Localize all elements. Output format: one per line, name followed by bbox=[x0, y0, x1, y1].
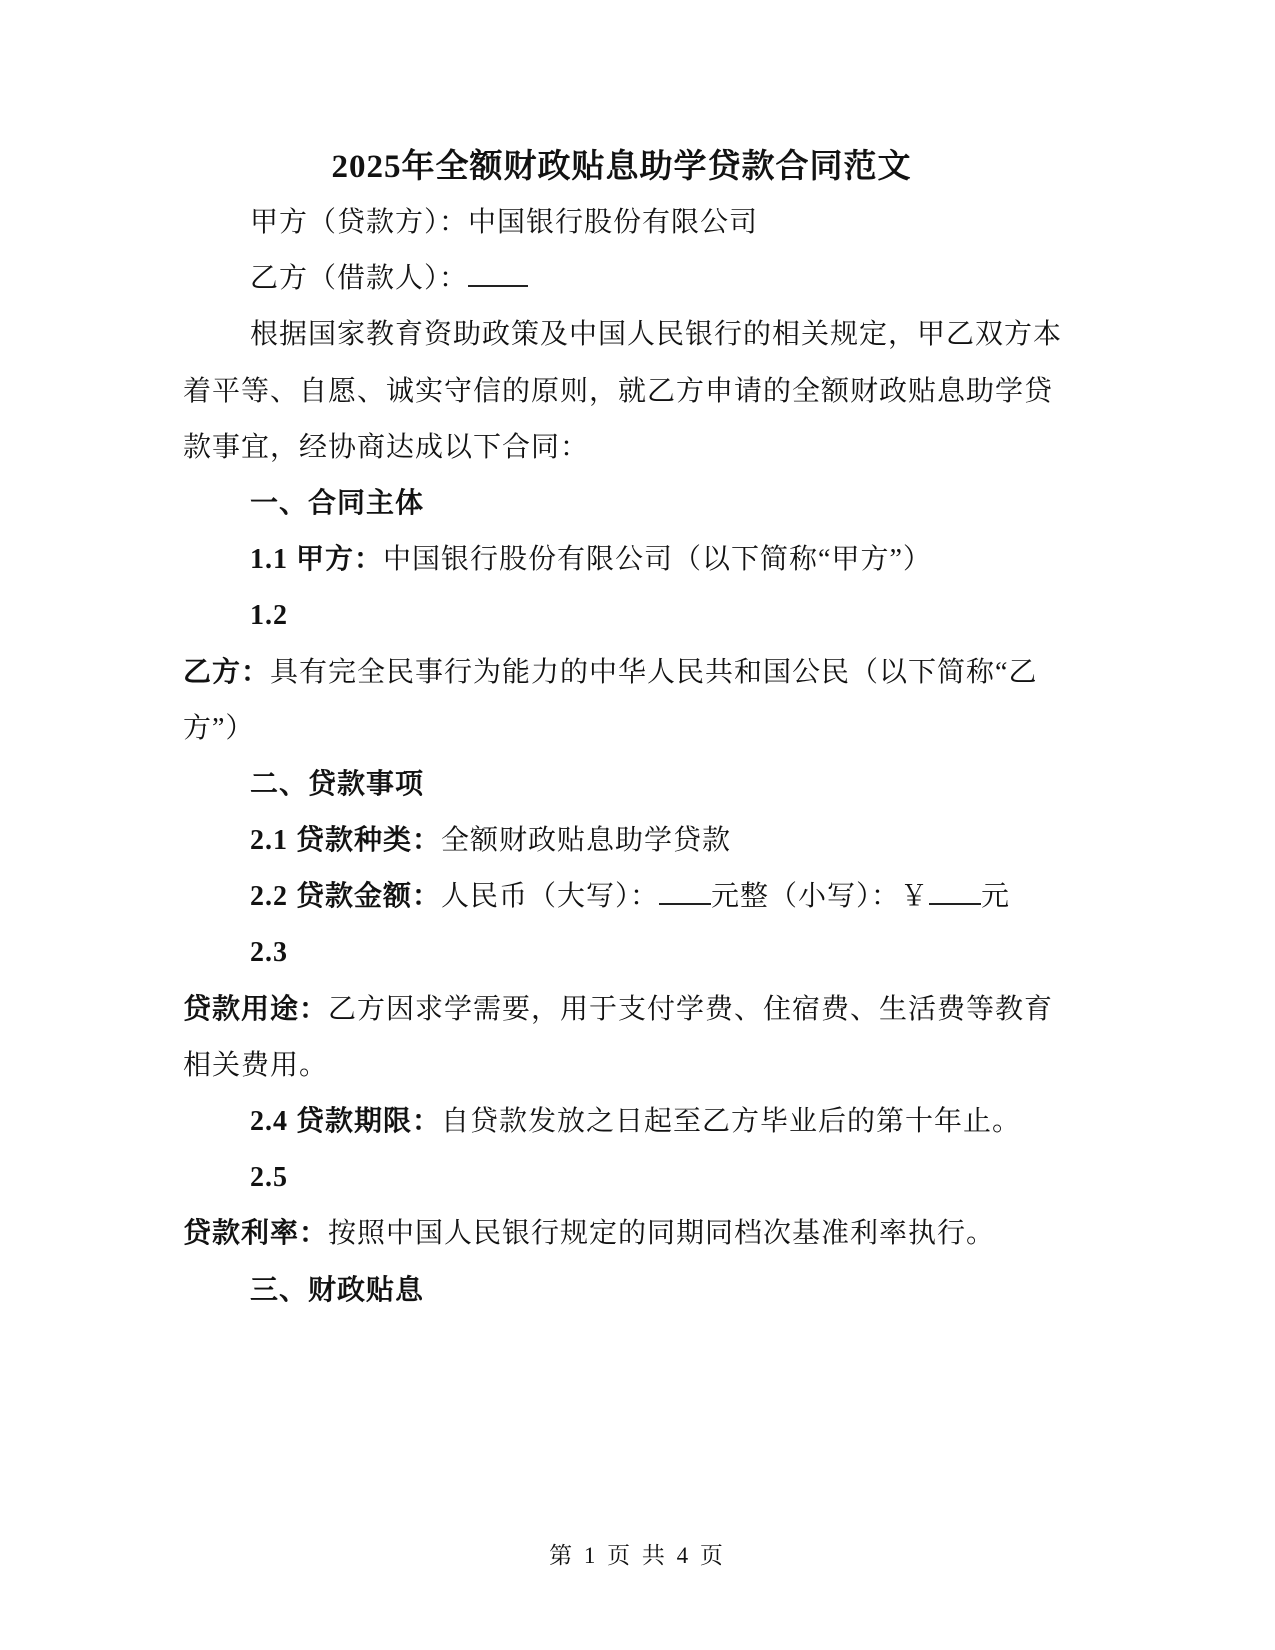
doc-line: 根据国家教育资助政策及中国人民银行的相关规定，甲乙双方本 bbox=[183, 307, 1060, 363]
doc-text: 按照中国人民银行规定的同期同档次基准利率执行。 bbox=[328, 1218, 995, 1249]
doc-text: 元 bbox=[981, 881, 1010, 912]
doc-text: 自贷款发放之日起至乙方毕业后的第十年止。 bbox=[441, 1106, 1021, 1137]
doc-text-bold: 贷款利率： bbox=[183, 1218, 328, 1249]
doc-text: 中国银行股份有限公司（以下简称“甲方”） bbox=[383, 544, 932, 575]
doc-line: 款事宜，经协商达成以下合同： bbox=[183, 420, 1060, 476]
fill-in-blank bbox=[929, 899, 981, 905]
doc-text: 全额财政贴息助学贷款 bbox=[441, 825, 731, 856]
doc-text-bold: 贷款用途： bbox=[183, 994, 328, 1025]
doc-text-bold: 乙方： bbox=[183, 657, 270, 688]
doc-text: 相关费用。 bbox=[183, 1050, 328, 1081]
doc-line: 贷款利率：按照中国人民银行规定的同期同档次基准利率执行。 bbox=[183, 1206, 1060, 1262]
doc-text-bold: 二、贷款事项 bbox=[250, 769, 424, 800]
doc-line: 三、财政贴息 bbox=[183, 1263, 1060, 1319]
doc-text: 根据国家教育资助政策及中国人民银行的相关规定，甲乙双方本 bbox=[250, 319, 1062, 350]
doc-text-bold: 三、财政贴息 bbox=[250, 1275, 424, 1306]
doc-line: 贷款用途：乙方因求学需要，用于支付学费、住宿费、生活费等教育 bbox=[183, 982, 1060, 1038]
doc-text: 乙方因求学需要，用于支付学费、住宿费、生活费等教育 bbox=[328, 994, 1053, 1025]
doc-text: 元整（小写）：￥ bbox=[711, 881, 929, 912]
doc-line: 2.1 贷款种类：全额财政贴息助学贷款 bbox=[183, 813, 1060, 869]
doc-text-bold: 2.5 bbox=[250, 1162, 288, 1193]
doc-line: 二、贷款事项 bbox=[183, 757, 1060, 813]
doc-text-bold: 1.1 甲方： bbox=[250, 544, 383, 575]
doc-text-bold: 1.2 bbox=[250, 600, 288, 631]
doc-text: 着平等、自愿、诚实守信的原则，就乙方申请的全额财政贴息助学贷 bbox=[183, 376, 1053, 407]
doc-line: 乙方：具有完全民事行为能力的中华人民共和国公民（以下简称“乙 bbox=[183, 645, 1060, 701]
doc-line: 乙方（借款人）： bbox=[183, 251, 1060, 307]
document-body: 甲方（贷款方）：中国银行股份有限公司乙方（借款人）：根据国家教育资助政策及中国人… bbox=[183, 195, 1060, 1319]
doc-text: 乙方（借款人）： bbox=[250, 263, 468, 294]
doc-line: 相关费用。 bbox=[183, 1038, 1060, 1094]
doc-line: 2.2 贷款金额：人民币（大写）：元整（小写）：￥元 bbox=[183, 869, 1060, 925]
doc-line: 2.3 bbox=[183, 925, 1060, 981]
doc-text-bold: 一、合同主体 bbox=[250, 488, 424, 519]
fill-in-blank bbox=[468, 281, 528, 287]
doc-text-bold: 2.4 贷款期限： bbox=[250, 1106, 441, 1137]
page-number: 第 1 页 共 4 页 bbox=[0, 1542, 1275, 1570]
doc-text-bold: 2.1 贷款种类： bbox=[250, 825, 441, 856]
doc-line: 着平等、自愿、诚实守信的原则，就乙方申请的全额财政贴息助学贷 bbox=[183, 364, 1060, 420]
doc-line: 一、合同主体 bbox=[183, 476, 1060, 532]
doc-line: 2.5 bbox=[183, 1150, 1060, 1206]
document-title: 2025年全额财政贴息助学贷款合同范文 bbox=[183, 139, 1060, 195]
doc-line: 1.1 甲方：中国银行股份有限公司（以下简称“甲方”） bbox=[183, 532, 1060, 588]
document-page: 2025年全额财政贴息助学贷款合同范文 甲方（贷款方）：中国银行股份有限公司乙方… bbox=[0, 0, 1275, 1650]
doc-text-bold: 2.2 贷款金额： bbox=[250, 881, 441, 912]
doc-text-bold: 2.3 bbox=[250, 937, 288, 968]
fill-in-blank bbox=[659, 899, 711, 905]
doc-line: 1.2 bbox=[183, 588, 1060, 644]
doc-line: 方”） bbox=[183, 701, 1060, 757]
doc-text: 具有完全民事行为能力的中华人民共和国公民（以下简称“乙 bbox=[270, 657, 1037, 688]
doc-text: 方”） bbox=[183, 713, 254, 744]
doc-text: 人民币（大写）： bbox=[441, 881, 659, 912]
doc-text: 款事宜，经协商达成以下合同： bbox=[183, 432, 589, 463]
doc-line: 甲方（贷款方）：中国银行股份有限公司 bbox=[183, 195, 1060, 251]
doc-line: 2.4 贷款期限：自贷款发放之日起至乙方毕业后的第十年止。 bbox=[183, 1094, 1060, 1150]
doc-text: 甲方（贷款方）：中国银行股份有限公司 bbox=[250, 207, 758, 238]
